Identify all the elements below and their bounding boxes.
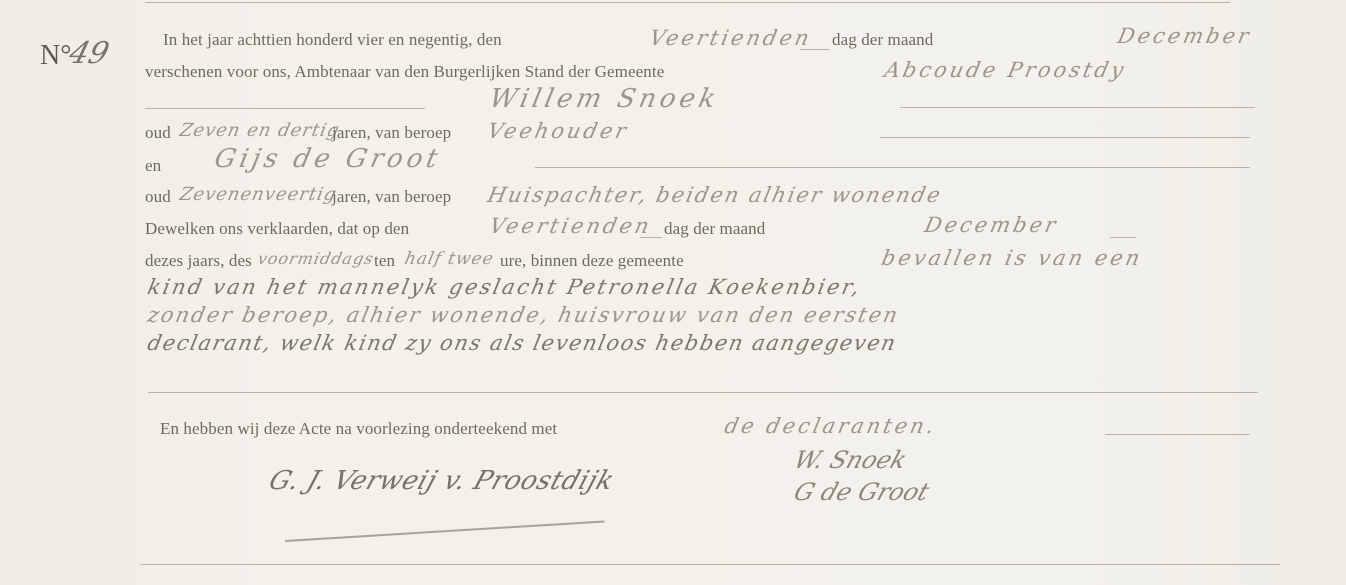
handwritten-month-2: December — [922, 213, 1060, 237]
bottom-rule — [140, 564, 1280, 565]
handwritten-profession-2: Huispachter, beiden alhier wonende — [485, 183, 944, 207]
handwritten-time-of-day: voormiddags — [256, 249, 376, 268]
handwritten-day-1: Veertienden — [647, 26, 814, 50]
day-rule-2 — [640, 237, 662, 238]
name-rule-left — [145, 108, 425, 109]
printed-text-year: In het jaar achttien honderd vier en neg… — [163, 30, 502, 50]
printed-text-profession-2: jaren, van beroep — [332, 187, 451, 207]
printed-text-this-year: dezes jaars, des — [145, 251, 252, 271]
record-number: 49 — [65, 36, 113, 71]
printed-text-appeared: verschenen voor ons, Ambtenaar van den B… — [145, 62, 664, 82]
printed-text-and: en — [145, 156, 161, 176]
printed-text-declared: Dewelken ons verklaarden, dat op den — [145, 219, 409, 239]
handwritten-declarant-1-name: Willem Snoek — [487, 84, 722, 114]
document-page: N° 49 In het jaar achttien honderd vier … — [0, 0, 1346, 585]
printed-text-profession-1: jaren, van beroep — [332, 123, 451, 143]
handwritten-day-2: Veertienden — [487, 214, 654, 238]
printed-text-month-1: dag der maand — [832, 30, 933, 50]
printed-text-month-2: dag der maand — [664, 219, 765, 239]
signature-underline — [285, 520, 605, 542]
day-rule-1 — [800, 49, 830, 50]
handwritten-line-mother: zonder beroep, alhier wonende, huisvrouw… — [145, 303, 901, 327]
handwritten-line-stillborn: declarant, welk kind zy ons als levenloo… — [145, 331, 899, 355]
printed-text-closing: En hebben wij deze Acte na voorlezing on… — [160, 419, 557, 439]
signature-declarant-1: W. Snoek — [790, 446, 910, 474]
printed-text-age-1: oud — [145, 123, 171, 143]
printed-text-hour-within: ure, binnen deze gemeente — [500, 251, 684, 271]
closing-rule — [1105, 434, 1250, 435]
handwritten-declarant-2-name: Gijs de Groot — [212, 144, 444, 174]
handwritten-hour: half twee — [403, 249, 496, 269]
printed-text-age-2: oud — [145, 187, 171, 207]
handwritten-line-child: kind van het mannelyk geslacht Petronell… — [145, 275, 863, 299]
handwritten-age-1: Zeven en dertig — [178, 120, 342, 141]
handwritten-age-2: Zevenenveertig — [178, 184, 339, 205]
name-rule-right — [900, 107, 1255, 108]
signature-declarant-2: G de Groot — [790, 478, 932, 506]
signature-official: G. J. Verweij v. Proostdijk — [265, 466, 618, 496]
month-rule-2 — [1110, 237, 1136, 238]
name-rule-2 — [535, 167, 1250, 168]
handwritten-municipality: Abcoude Proostdy — [882, 58, 1128, 82]
top-rule — [145, 2, 1230, 3]
profession-rule-1 — [880, 137, 1250, 138]
printed-text-at: ten — [374, 251, 395, 271]
closing-divider — [148, 392, 1258, 393]
handwritten-profession-1: Veehouder — [485, 119, 631, 143]
handwritten-delivered: bevallen is van een — [879, 246, 1145, 270]
handwritten-month-1: December — [1115, 24, 1253, 48]
handwritten-signers: de declaranten. — [722, 414, 939, 438]
